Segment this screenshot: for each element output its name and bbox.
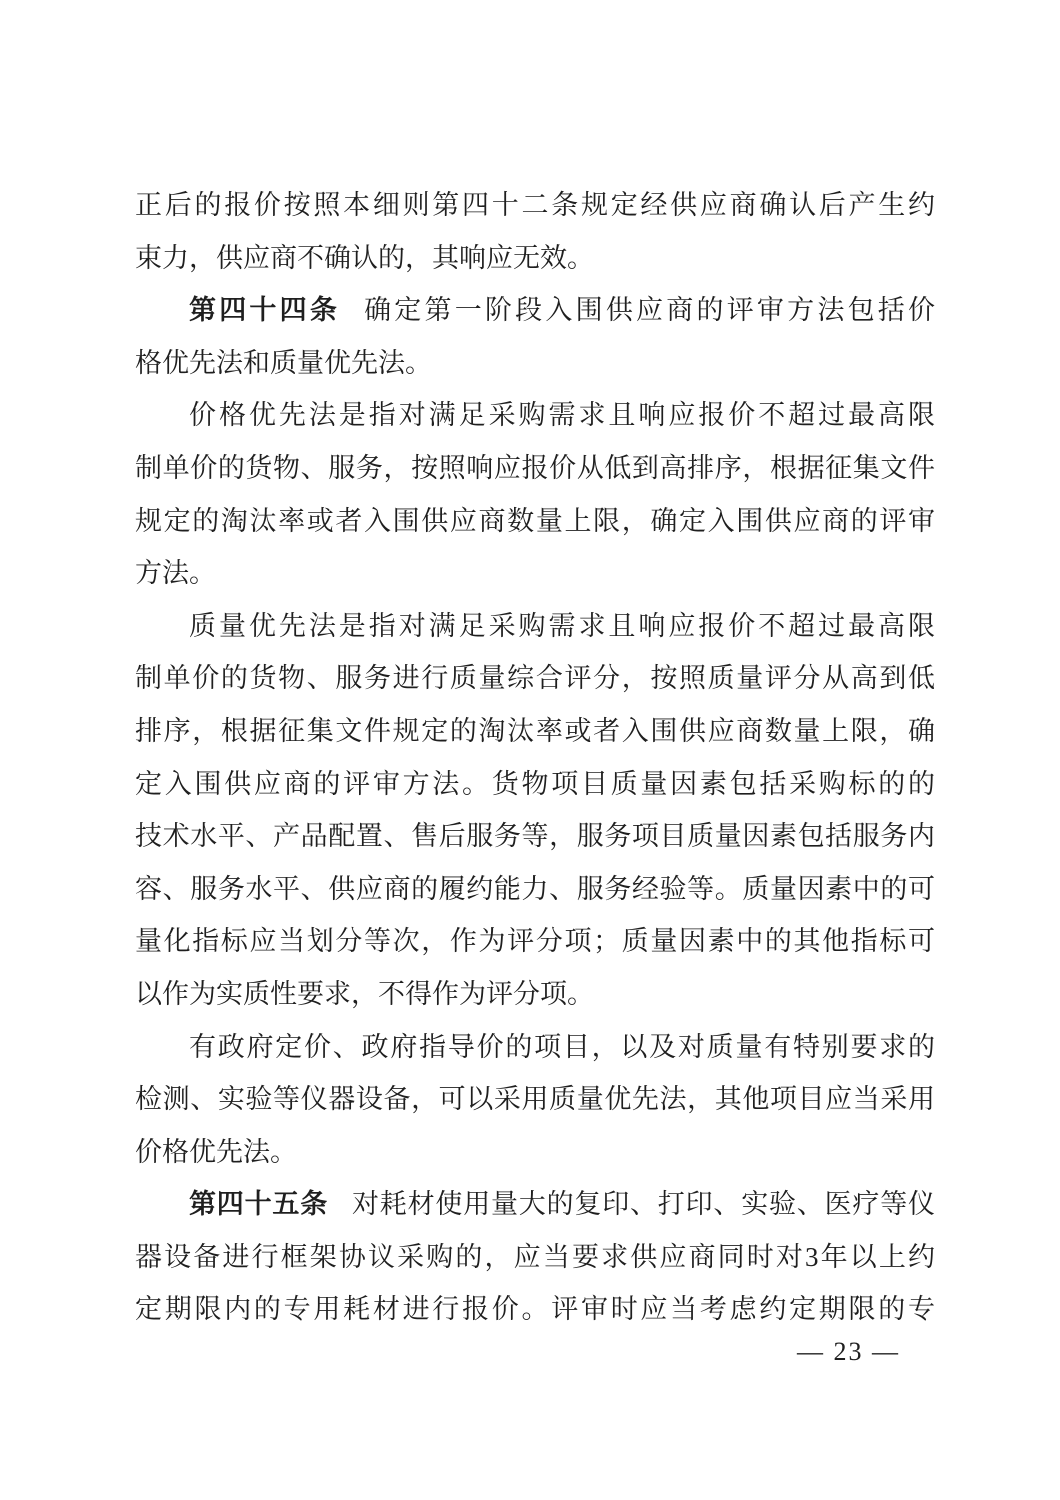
- text-line: 定入围供应商的评审方法。货物项目质量因素包括采购标的的: [135, 758, 935, 811]
- document-page: 正后的报价按照本细则第四十二条规定经供应商确认后产生约 束力，供应商不确认的，其…: [135, 179, 935, 1336]
- text-line: 技术水平、产品配置、售后服务等，服务项目质量因素包括服务内: [135, 810, 935, 863]
- text-line: 检测、实验等仪器设备，可以采用质量优先法，其他项目应当采用: [135, 1073, 935, 1126]
- text-line: 束力，供应商不确认的，其响应无效。: [135, 232, 935, 285]
- page-number: — 23 —: [797, 1336, 900, 1368]
- text-line: 器设备进行框架协议采购的，应当要求供应商同时对3年以上约: [135, 1231, 935, 1284]
- text-line: 制单价的货物、服务，按照响应报价从低到高排序，根据征集文件: [135, 442, 935, 495]
- text-line: 规定的淘汰率或者入围供应商数量上限，确定入围供应商的评审: [135, 495, 935, 548]
- text-line: 第四十四条确定第一阶段入围供应商的评审方法包括价: [135, 284, 935, 337]
- text-line: 价格优先法。: [135, 1126, 935, 1179]
- text-line: 有政府定价、政府指导价的项目，以及对质量有特别要求的: [135, 1021, 935, 1074]
- text-line: 价格优先法是指对满足采购需求且响应报价不超过最高限: [135, 389, 935, 442]
- text-line: 第四十五条对耗材使用量大的复印、打印、实验、医疗等仪: [135, 1178, 935, 1231]
- text-line: 正后的报价按照本细则第四十二条规定经供应商确认后产生约: [135, 179, 935, 232]
- article-number: 第四十四条: [189, 295, 340, 325]
- article-text: 对耗材使用量大的复印、打印、实验、医疗等仪: [352, 1189, 935, 1219]
- article-text: 确定第一阶段入围供应商的评审方法包括价: [364, 295, 935, 325]
- text-line: 格优先法和质量优先法。: [135, 337, 935, 390]
- text-line: 排序，根据征集文件规定的淘汰率或者入围供应商数量上限，确: [135, 705, 935, 758]
- text-line: 制单价的货物、服务进行质量综合评分，按照质量评分从高到低: [135, 652, 935, 705]
- text-line: 量化指标应当划分等次，作为评分项；质量因素中的其他指标可: [135, 915, 935, 968]
- text-line: 质量优先法是指对满足采购需求且响应报价不超过最高限: [135, 600, 935, 653]
- text-line: 容、服务水平、供应商的履约能力、服务经验等。质量因素中的可: [135, 863, 935, 916]
- article-number: 第四十五条: [189, 1189, 328, 1219]
- text-line: 定期限内的专用耗材进行报价。评审时应当考虑约定期限的专: [135, 1283, 935, 1336]
- text-line: 方法。: [135, 547, 935, 600]
- text-line: 以作为实质性要求，不得作为评分项。: [135, 968, 935, 1021]
